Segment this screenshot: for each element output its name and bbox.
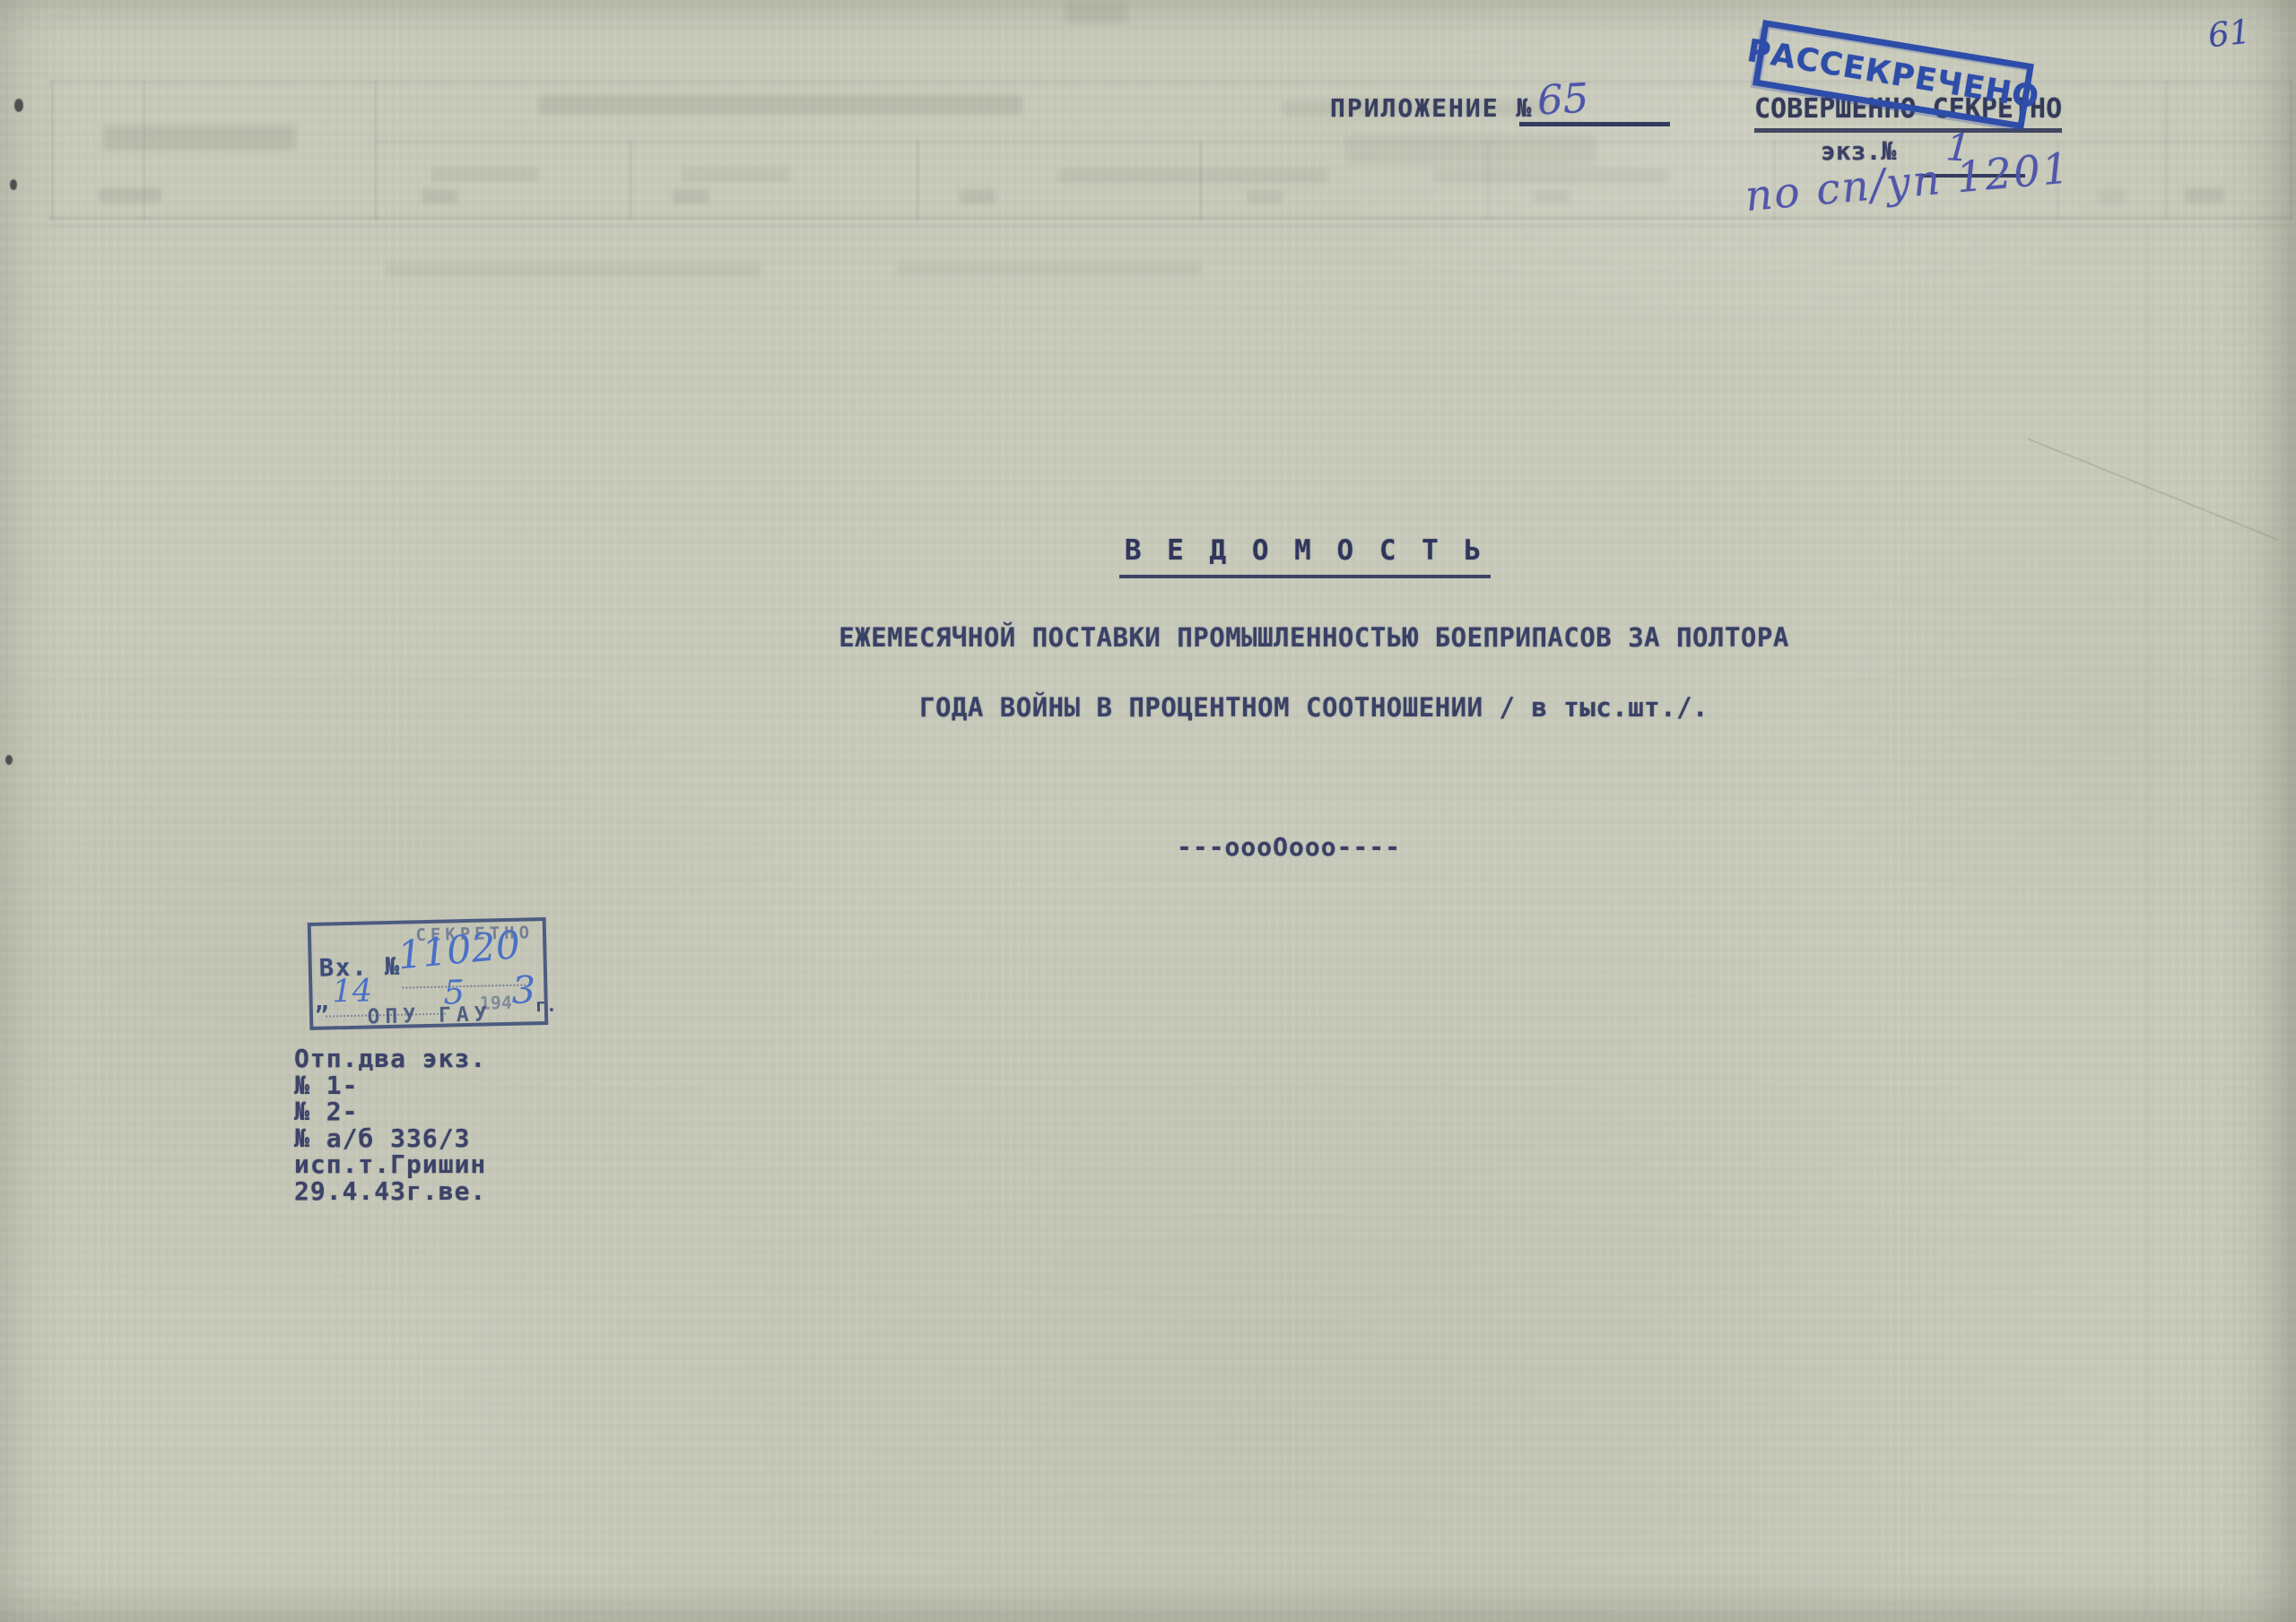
punch-mark — [14, 99, 23, 112]
appendix-number-handwritten: 65 — [1536, 74, 1590, 125]
incoming-registration-stamp: СЕКРЕТНО Вх. № 11020 „ 14 5 194 3 г. ОПУ… — [308, 917, 549, 1030]
incoming-office-label: ОПУ ГАУ — [351, 1002, 509, 1029]
paper-crease — [2147, 224, 2149, 1614]
bleed-line — [630, 141, 631, 220]
bleed-text-blob — [430, 167, 538, 181]
paper-crease — [2203, 233, 2205, 1614]
incoming-date-quote: „ — [314, 989, 328, 1016]
bleed-text-blob — [538, 95, 1022, 115]
bleed-text-blob — [1058, 169, 1327, 183]
bleed-text-blob — [897, 262, 1202, 275]
bleed-line — [49, 225, 2292, 227]
bleed-line — [49, 217, 2292, 220]
bleed-text-blob — [1435, 169, 1668, 183]
document-subtitle-line1: ЕЖЕМЕСЯЧНОЙ ПОСТАВКИ ПРОМЫШЛЕННОСТЬЮ БОЕ… — [839, 622, 1789, 653]
bleed-text-blob — [103, 126, 296, 151]
appendix-label: ПРИЛОЖЕНИЕ № — [1330, 93, 1533, 123]
bleed-line — [2165, 81, 2167, 220]
bleed-number-blob — [1247, 190, 1283, 204]
bleed-line — [917, 141, 918, 220]
document-title-wrap: В Е Д О М О С Т Ь — [1013, 534, 1596, 578]
bleed-number-blob — [2185, 188, 2224, 203]
bleed-line — [375, 81, 377, 220]
bleed-number-blob — [2099, 190, 2126, 204]
incoming-day-handwritten: 14 — [332, 973, 372, 1010]
incoming-year-suffix: г. — [535, 994, 558, 1017]
incoming-year-handwritten: 3 — [511, 967, 536, 1012]
scanned-document-page: 61 ПРИЛОЖЕНИЕ № 65 РАССЕКРЕЧЕНО СОВЕРШЕН… — [0, 0, 2296, 1622]
paper-scratch — [2028, 438, 2278, 540]
bleed-text-blob — [386, 262, 762, 276]
typist-note-line: 29.4.43г.ве. — [294, 1178, 486, 1205]
bleed-text-blob — [1345, 134, 1596, 165]
handwritten-registry-note: по сп/уп 1201 — [1744, 143, 2073, 221]
appendix-underline — [1519, 122, 1670, 126]
bleed-number-blob — [673, 190, 709, 204]
document-subtitle-line2: ГОДА ВОЙНЫ В ПРОЦЕНТНОМ СООТНОШЕНИИ / в … — [919, 692, 1709, 723]
bleed-smudge — [1065, 2, 1128, 23]
bleed-number-blob — [1534, 190, 1570, 204]
bleed-number-blob — [99, 188, 161, 203]
bleed-line — [51, 81, 53, 220]
document-subtitle-line2-wrap: ГОДА ВОЙНЫ В ПРОЦЕНТНОМ СООТНОШЕНИИ / в … — [789, 692, 1839, 723]
bleed-number-blob — [422, 190, 457, 204]
punch-mark — [5, 755, 13, 765]
typist-note-line: Отп.два экз. — [294, 1045, 486, 1072]
handwritten-page-number: 61 — [2206, 13, 2252, 56]
typist-note-line: № а/б 336/3 — [294, 1125, 486, 1152]
typist-note-line: исп.т.Гришин — [294, 1151, 486, 1178]
typist-note-block: Отп.два экз. № 1- № 2- № а/б 336/3 исп.т… — [294, 1045, 486, 1204]
document-title: В Е Д О М О С Т Ь — [1119, 534, 1491, 578]
typist-note-line: № 2- — [294, 1098, 486, 1125]
bleed-number-blob — [960, 190, 996, 204]
typist-note-line: № 1- — [294, 1072, 486, 1099]
bleed-line — [375, 141, 2292, 143]
ornament-divider: ---оооОооо---- — [1150, 832, 1428, 862]
bleed-line — [2291, 81, 2292, 220]
bleed-text-blob — [682, 167, 789, 181]
punch-mark — [10, 179, 17, 190]
document-subtitle-line1-wrap: ЕЖЕМЕСЯЧНОЙ ПОСТАВКИ ПРОМЫШЛЕННОСТЬЮ БОЕ… — [789, 622, 1839, 653]
